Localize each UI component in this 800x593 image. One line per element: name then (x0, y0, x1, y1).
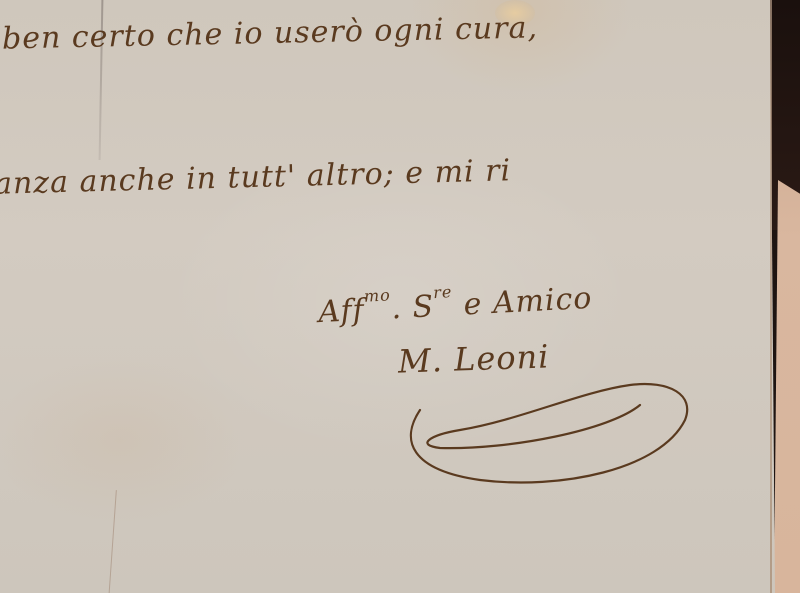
closing-prefix-sup: mo (363, 285, 391, 305)
signature-flourish-icon (400, 370, 700, 500)
closing-prefix: Aff (317, 293, 365, 330)
paper-edge (770, 0, 772, 593)
photo-scene: ben certo che io userò ogni cura, anza a… (0, 0, 800, 593)
closing-suffix: e Amico (452, 281, 593, 323)
closing-middle: . S (391, 289, 435, 326)
closing-middle-sup: re (433, 282, 453, 302)
